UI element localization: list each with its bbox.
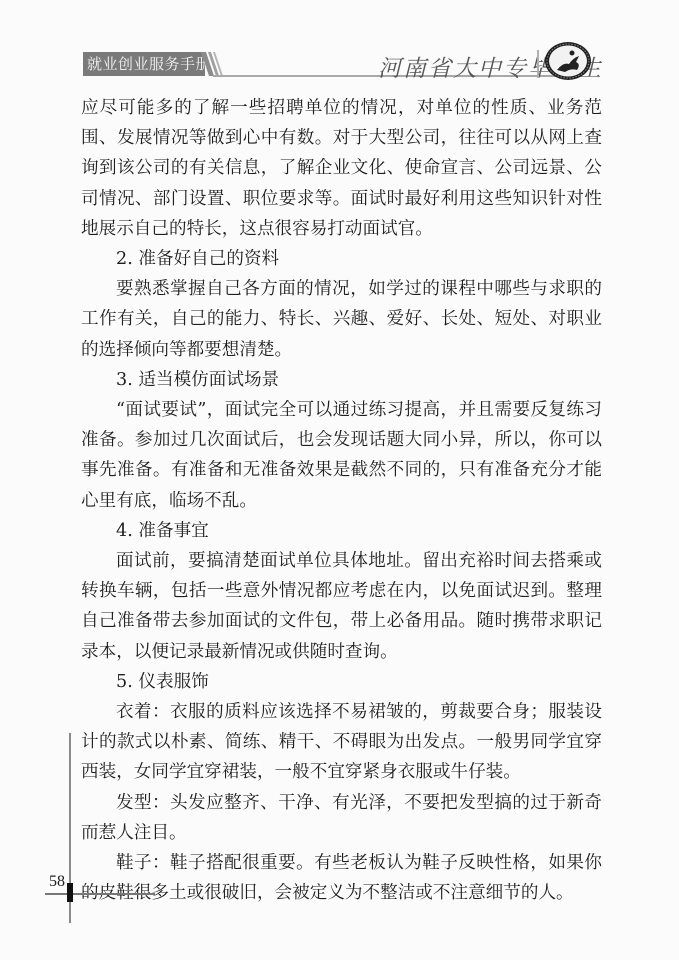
- page-number: 58: [49, 873, 65, 891]
- page-header: 就业创业服务手册 河南省大中专毕业生: [0, 0, 679, 95]
- paragraph-shoes: 鞋子：鞋子搭配很重要。有些老板认为鞋子反映性格，如果你的皮鞋很多土或很破旧，会被…: [81, 848, 602, 908]
- section-heading-mock-interview: 3. 适当模仿面试场景: [81, 365, 602, 395]
- paragraph-prepare-materials: 要熟悉掌握自己各方面的情况，如学过的课程中哪些与求职的工作有关，自己的能力、特长…: [81, 274, 602, 365]
- employment-service-logo-icon: [543, 40, 593, 82]
- paragraph-hairstyle: 发型：头发应整齐、干净、有光泽，不要把发型搞的过于新奇而惹人注目。: [81, 788, 602, 848]
- paragraph-clothing: 衣着：衣服的质料应该选择不易裙皱的，剪裁要合身；服装设计的款式以朴素、简练、精干…: [81, 697, 602, 788]
- footer-rule: [45, 893, 155, 895]
- book-title-band: 就业创业服务手册: [83, 52, 205, 76]
- section-heading-prepare-materials: 2. 准备好自己的资料: [81, 244, 602, 274]
- brand-divider: [537, 50, 539, 78]
- decorative-slashes-icon: [201, 52, 227, 76]
- paragraph-company-research: 应尽可能多的了解一些招聘单位的情况，对单位的性质、业务范围、发展情况等做到心中有…: [81, 93, 602, 244]
- paragraph-mock-interview: “面试要试”，面试完全可以通过练习提高，并且需要反复练习准备。参加过几次面试后，…: [81, 395, 602, 516]
- document-body: 应尽可能多的了解一些招聘单位的情况，对单位的性质、业务范围、发展情况等做到心中有…: [81, 93, 602, 908]
- footer-tick-mark: [67, 883, 73, 902]
- section-heading-preparation-matters: 4. 准备事宜: [81, 516, 602, 546]
- section-heading-appearance: 5. 仪表服饰: [81, 667, 602, 697]
- paragraph-preparation-matters: 面试前，要搞清楚面试单位具体地址。留出充裕时间去搭乘或转换车辆，包括一些意外情况…: [81, 546, 602, 667]
